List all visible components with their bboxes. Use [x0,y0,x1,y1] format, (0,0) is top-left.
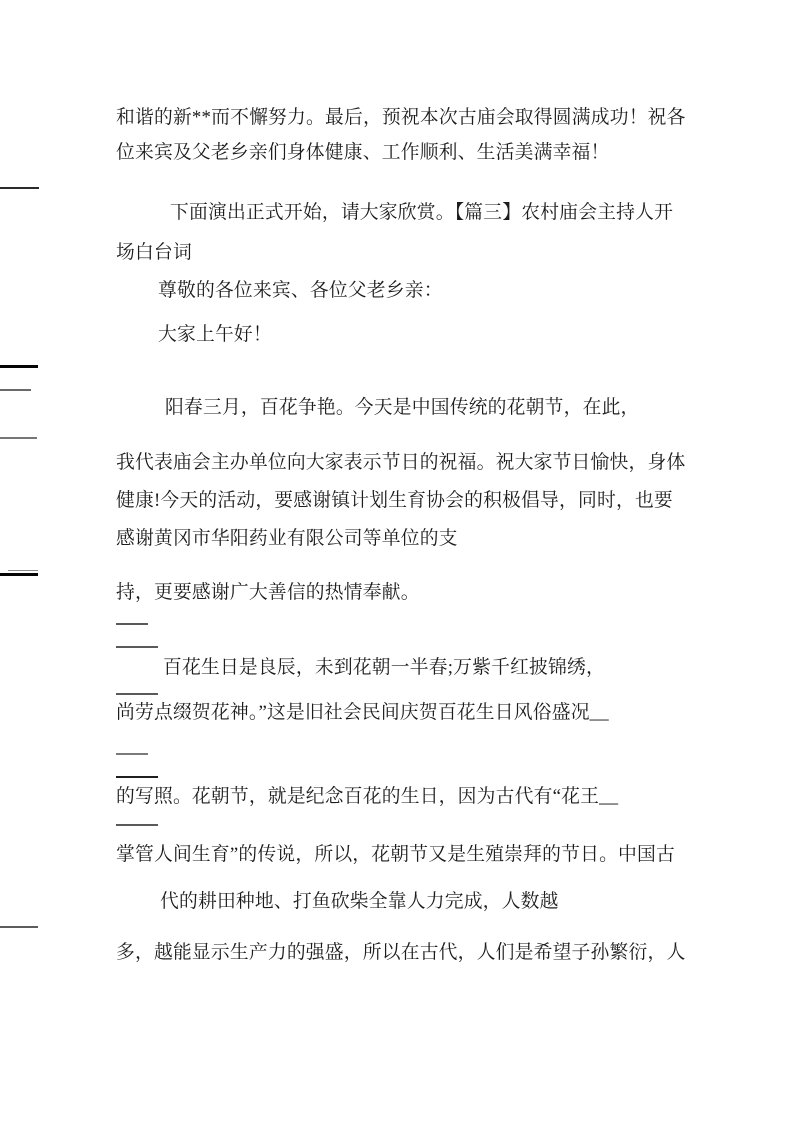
text-line: 大家上午好！ [158,322,272,348]
text-line: 下面演出正式开始，请大家欣赏。【篇三】农村庙会主持人开 [170,200,673,226]
text-line: 尚劳点缀贺花神。”这是旧社会民间庆贺百花生日风俗盛况__ [116,700,609,726]
margin-tick-mark [0,573,38,576]
text-line: 位来宾及父老乡亲们身体健康、工作顺利、生活美满幸福！ [116,140,610,166]
text-line: 场白台词 [116,240,192,266]
text-line: 阳春三月，百花争艳。今天是中国传统的花朝节，在此， [165,395,640,421]
text-line: 多，越能显示生产力的强盛，所以在古代，人们是希望子孙繁衍，人 [116,940,685,966]
text-line: 和谐的新**而不懈努力。最后，预祝本次古庙会取得圆满成功！祝各 [116,105,686,131]
margin-tick-mark [0,926,38,928]
underscore-rule [116,776,158,778]
underscore-rule [116,623,148,625]
text-line: 掌管人间生育”的传说，所以，花朝节又是生殖崇拜的节日。中国古 [116,842,675,868]
text-line: 我代表庙会主办单位向大家表示节日的祝福。祝大家节日愉快，身体 [116,450,685,476]
underscore-rule [116,693,158,695]
underscore-rule [116,646,158,648]
margin-tick-mark [8,570,38,571]
text-line: 代的耕田种地、打鱼砍柴全靠人力完成，人数越 [160,889,559,915]
margin-tick-mark [0,365,38,368]
margin-tick-mark [0,437,37,439]
margin-tick-mark [0,389,31,391]
text-line: 持，更要感谢广大善信的热情奉献。 [116,580,420,606]
underscore-rule [116,753,148,755]
text-line: 尊敬的各位来宾、各位父老乡亲： [158,278,443,304]
margin-tick-mark [0,187,39,189]
document-page: 和谐的新**而不懈努力。最后，预祝本次古庙会取得圆满成功！祝各 位来宾及父老乡亲… [0,0,792,1121]
text-line: 的写照。花朝节，就是纪念百花的生日，因为古代有“花王__ [116,784,618,810]
underscore-rule [116,824,158,826]
text-line: 感谢黄冈市华阳药业有限公司等单位的支 [116,526,458,552]
text-line: 健康!今天的活动，要感谢镇计划生育协会的积极倡导，同时，也要 [116,488,673,514]
text-line: 百花生日是良辰，未到花朝一半春;万紫千红披锦绣， [163,655,605,681]
